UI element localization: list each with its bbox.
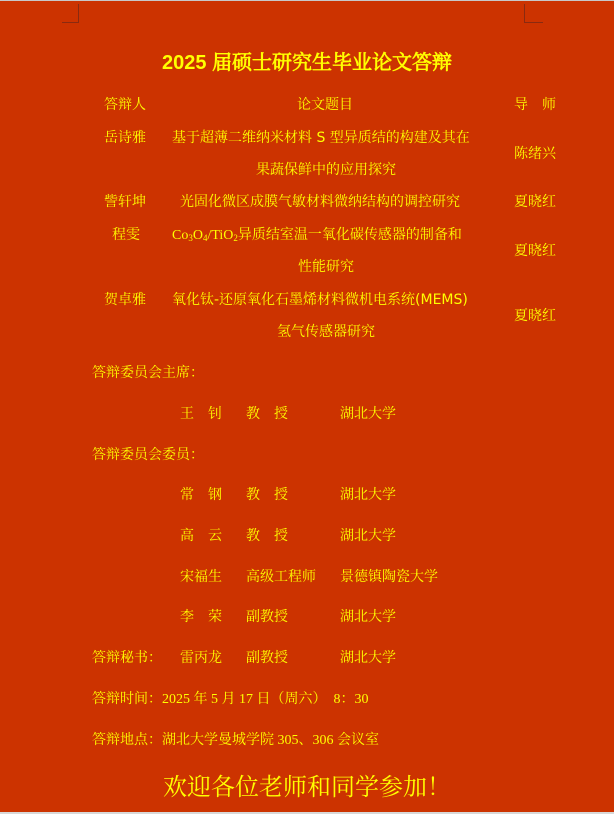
member-affiliation: 湖北大学 bbox=[340, 606, 396, 626]
committee-members-label: 答辩委员会委员： bbox=[92, 444, 204, 464]
defense-time-value: 2025 年 5 月 17 日（周六） 8：30 bbox=[162, 692, 369, 707]
defender-name: 程雯 bbox=[112, 224, 140, 244]
defense-location-value: 湖北大学曼城学院 305、306 会议室 bbox=[162, 733, 379, 748]
defense-location-label: 答辩地点： bbox=[92, 732, 162, 748]
thesis-title-line1: 基于超薄二维纳米材料 S 型异质结的构建及其在 bbox=[172, 127, 470, 147]
thesis-title-line1: Co3O4/TiO2异质结室温一氧化碳传感器的制备和 bbox=[172, 224, 462, 244]
member-affiliation: 景德镇陶瓷大学 bbox=[340, 566, 438, 586]
defender-name: 岳诗雅 bbox=[104, 127, 146, 147]
member-name: 雷丙龙 bbox=[180, 647, 222, 667]
advisor-name: 夏晓红 bbox=[514, 305, 556, 325]
member-affiliation: 湖北大学 bbox=[340, 647, 396, 667]
header-defender: 答辩人 bbox=[104, 94, 146, 114]
defense-location: 答辩地点：湖北大学曼城学院 305、306 会议室 bbox=[92, 729, 379, 749]
member-title: 副教授 bbox=[246, 647, 288, 667]
defense-time-label: 答辩时间： bbox=[92, 691, 162, 707]
member-name: 高 云 bbox=[180, 525, 222, 545]
chemical-formula: Co3O4/TiO2 bbox=[172, 228, 238, 243]
member-title: 副教授 bbox=[246, 606, 288, 626]
member-name: 李 荣 bbox=[180, 606, 222, 626]
secretary-label: 答辩秘书： bbox=[92, 647, 162, 667]
thesis-title-line1: 光固化微区成膜气敏材料微纳结构的调控研究 bbox=[180, 191, 460, 211]
thesis-title-line2: 氢气传感器研究 bbox=[172, 321, 480, 341]
member-title: 教 授 bbox=[246, 525, 288, 545]
advisor-name: 夏晓红 bbox=[514, 191, 556, 211]
header-thesis: 论文题目 bbox=[297, 94, 353, 114]
page-corner-mark-left bbox=[62, 4, 79, 23]
thesis-title-line2: 性能研究 bbox=[172, 256, 480, 276]
member-name: 王 钊 bbox=[180, 403, 222, 423]
member-affiliation: 湖北大学 bbox=[340, 484, 396, 504]
member-title: 高级工程师 bbox=[246, 566, 316, 586]
page-title: 2025 届硕士研究生毕业论文答辩 bbox=[0, 46, 614, 75]
defender-name: 訾轩坤 bbox=[104, 191, 146, 211]
member-name: 常 钢 bbox=[180, 484, 222, 504]
header-advisor: 导 师 bbox=[514, 94, 556, 114]
member-affiliation: 湖北大学 bbox=[340, 525, 396, 545]
member-name: 宋福生 bbox=[180, 566, 222, 586]
advisor-name: 陈绪兴 bbox=[514, 143, 556, 163]
top-border bbox=[0, 0, 614, 1]
committee-chair-label: 答辩委员会主席： bbox=[92, 362, 204, 382]
defense-time: 答辩时间：2025 年 5 月 17 日（周六） 8：30 bbox=[92, 688, 369, 708]
page-corner-mark-right bbox=[524, 4, 543, 23]
member-affiliation: 湖北大学 bbox=[340, 403, 396, 423]
thesis-title-line1: 氧化钛-还原氧化石墨烯材料微机电系统(MEMS) bbox=[172, 289, 468, 309]
member-title: 教 授 bbox=[246, 403, 288, 423]
thesis-title-line2: 果蔬保鲜中的应用探究 bbox=[172, 159, 480, 179]
welcome-message: 欢迎各位老师和同学参加！ bbox=[0, 767, 614, 802]
defender-name: 贺卓雅 bbox=[104, 289, 146, 309]
advisor-name: 夏晓红 bbox=[514, 240, 556, 260]
member-title: 教 授 bbox=[246, 484, 288, 504]
